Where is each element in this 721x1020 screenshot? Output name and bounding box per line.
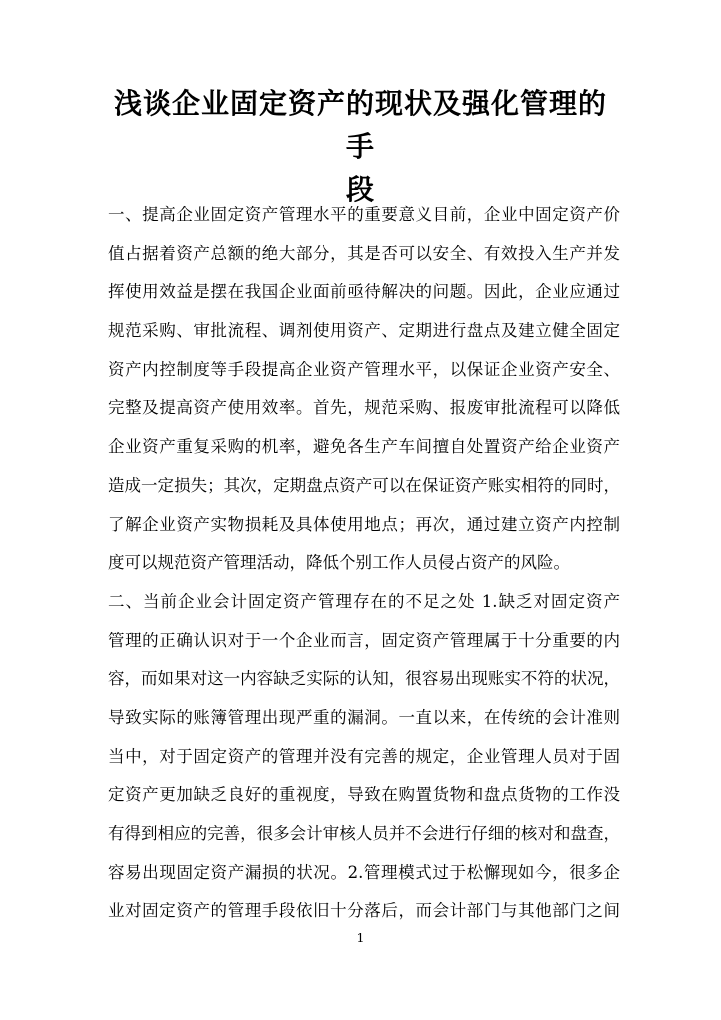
body-text-line: 挥使用效益是摆在我国企业面前亟待解决的问题。因此，企业应通过 <box>108 273 620 312</box>
body-text-line: 有得到相应的完善，很多会计审核人员并不会进行仔细的核对和盘查， <box>108 815 620 854</box>
document-body: 一、提高企业固定资产管理水平的重要意义目前，企业中固定资产价值占据着资产总额的绝… <box>108 196 620 931</box>
body-text-line: 一、提高企业固定资产管理水平的重要意义目前，企业中固定资产价 <box>108 196 620 235</box>
body-text-line: 造成一定损失；其次，定期盘点资产可以在保证资产账实相符的同时， <box>108 467 620 506</box>
body-text-line: 业对固定资产的管理手段依旧十分落后，而会计部门与其他部门之间 <box>108 892 620 931</box>
page-footer: 1 <box>0 927 721 946</box>
document-title-line: 浅谈企业固定资产的现状及强化管理的手 <box>104 82 617 168</box>
body-text-line: 导致实际的账簿管理出现严重的漏洞。一直以来，在传统的会计准则 <box>108 699 620 738</box>
body-text-line: 完整及提高资产使用效率。首先，规范采购、报废审批流程可以降低 <box>108 389 620 428</box>
body-text-line: 管理的正确认识对于一个企业而言，固定资产管理属于十分重要的内 <box>108 622 620 661</box>
document-page: 浅谈企业固定资产的现状及强化管理的手段 一、提高企业固定资产管理水平的重要意义目… <box>0 0 721 1020</box>
body-text-line: 度可以规范资产管理活动，降低个别工作人员侵占资产的风险。 <box>108 544 620 583</box>
page-number: 1 <box>357 930 365 945</box>
body-text-line: 了解企业资产实物损耗及具体使用地点；再次，通过建立资产内控制 <box>108 506 620 545</box>
body-text-line: 当中，对于固定资产的管理并没有完善的规定，企业管理人员对于固 <box>108 738 620 777</box>
paragraph-1: 一、提高企业固定资产管理水平的重要意义目前，企业中固定资产价值占据着资产总额的绝… <box>108 196 620 583</box>
paragraph-2: 二、当前企业会计固定资产管理存在的不足之处 1.缺乏对固定资产管理的正确认识对于… <box>108 583 620 931</box>
body-text-line: 企业资产重复采购的机率，避免各生产车间擅自处置资产给企业资产 <box>108 428 620 467</box>
body-text-line: 容，而如果对这一内容缺乏实际的认知，很容易出现账实不符的状况， <box>108 660 620 699</box>
document-title: 浅谈企业固定资产的现状及强化管理的手段 <box>104 82 617 211</box>
body-text-line: 定资产更加缺乏良好的重视度，导致在购置货物和盘点货物的工作没 <box>108 776 620 815</box>
body-text-line: 规范采购、审批流程、调剂使用资产、定期进行盘点及建立健全固定 <box>108 312 620 351</box>
body-text-line: 二、当前企业会计固定资产管理存在的不足之处 1.缺乏对固定资产 <box>108 583 620 622</box>
body-text-line: 容易出现固定资产漏损的状况。2.管理模式过于松懈现如今，很多企 <box>108 854 620 893</box>
body-text-line: 资产内控制度等手段提高企业资产管理水平，以保证企业资产安全、 <box>108 351 620 390</box>
body-text-line: 值占据着资产总额的绝大部分，其是否可以安全、有效投入生产并发 <box>108 235 620 274</box>
